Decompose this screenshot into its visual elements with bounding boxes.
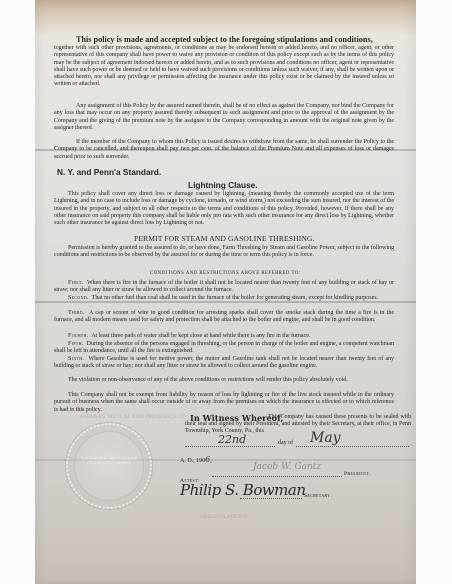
lightning-title: Lightning Clause. xyxy=(188,180,258,190)
president-signature: Jacob W. Gantz xyxy=(253,462,321,472)
secretary-label: Secretary. xyxy=(304,493,332,499)
bleedthrough-text: FARMERS' MUTUAL FIRE INSURANCE CO. xyxy=(80,414,188,420)
month-line xyxy=(296,446,409,447)
embossed-seal: THE FARMERS MUTUAL FIRE INSURANCE COMPAN… xyxy=(66,423,152,509)
president-line xyxy=(212,476,342,477)
condition-sixth: Sixth. Where Gasoline is used for motive… xyxy=(54,356,394,371)
president-label: President. xyxy=(344,471,371,477)
day-line xyxy=(185,446,275,447)
secretary-line xyxy=(240,498,302,499)
withdraw-paragraph: If the member of the Company to whom thi… xyxy=(54,139,394,161)
intro-paragraph: together with such other provisions, agr… xyxy=(54,45,394,89)
livestock-paragraph: This Company shall not be exempt from li… xyxy=(54,392,394,414)
condition-first: First. When there is fire in the furnace… xyxy=(54,280,394,295)
secretary-signature: Philip S. Bowman xyxy=(180,481,306,499)
assignment-paragraph: Any assignment of this Policy by the ass… xyxy=(54,103,394,132)
threshing-paragraph: Permission is hereby granted to the assu… xyxy=(54,245,394,260)
bleedthrough-text: ORIGINAL POLICY xyxy=(200,514,248,520)
lightning-paragraph: This policy shall cover any direct loss … xyxy=(54,191,394,227)
intro-lead: This policy is made and accepted subject… xyxy=(76,35,373,44)
seal-text: THE FARMERS MUTUAL FIRE INSURANCE COMPAN… xyxy=(76,457,142,465)
violation-paragraph: The violation or non-observance of any o… xyxy=(54,377,394,384)
conditions-heading: CONDITIONS AND RESTRICTIONS ABOVE REFERR… xyxy=(150,271,301,276)
handwritten-day: 22nd xyxy=(218,433,246,446)
handwritten-month: May xyxy=(310,430,341,446)
condition-second: Second. That no other fuel than coal sha… xyxy=(54,295,394,302)
condition-fifth: Fifth. During the absence of the persons… xyxy=(54,341,394,356)
day-of-label: day of xyxy=(278,440,293,446)
standard-heading: N. Y. and Penn'a Standard. xyxy=(57,167,161,177)
condition-fourth: Fourth. At least three pails of water sh… xyxy=(54,333,394,340)
condition-third: Third. A cap or screen of wire in good c… xyxy=(54,310,394,325)
threshing-title: PERMIT FOR STEAM AND GASOLINE THRESHING. xyxy=(134,234,315,243)
year-label: A. D., 1906, xyxy=(180,455,212,464)
